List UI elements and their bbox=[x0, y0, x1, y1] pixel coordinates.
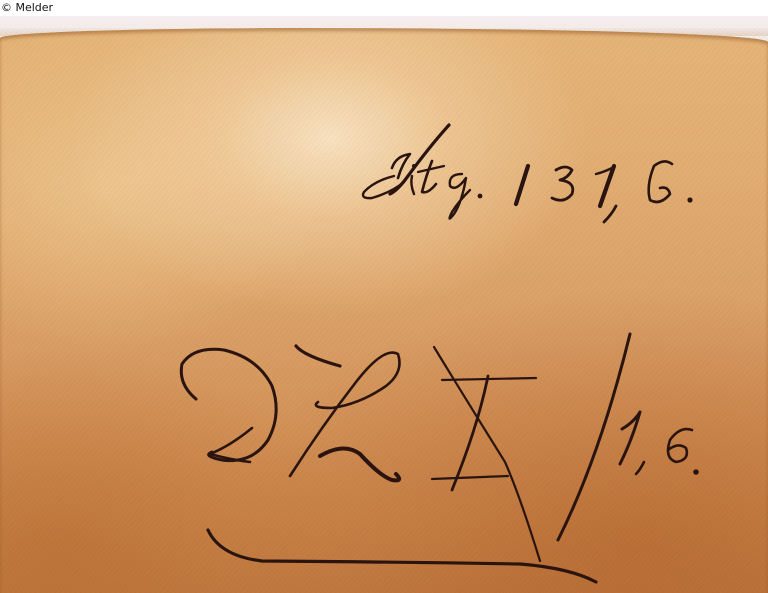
copyright-credit: © Melder bbox=[1, 1, 53, 14]
upper-notation bbox=[363, 125, 693, 222]
document-photo: Litg. 131,b. DL X / 1,6. bbox=[0, 16, 768, 593]
lower-notation bbox=[181, 334, 699, 582]
handwriting-layer bbox=[0, 16, 768, 593]
